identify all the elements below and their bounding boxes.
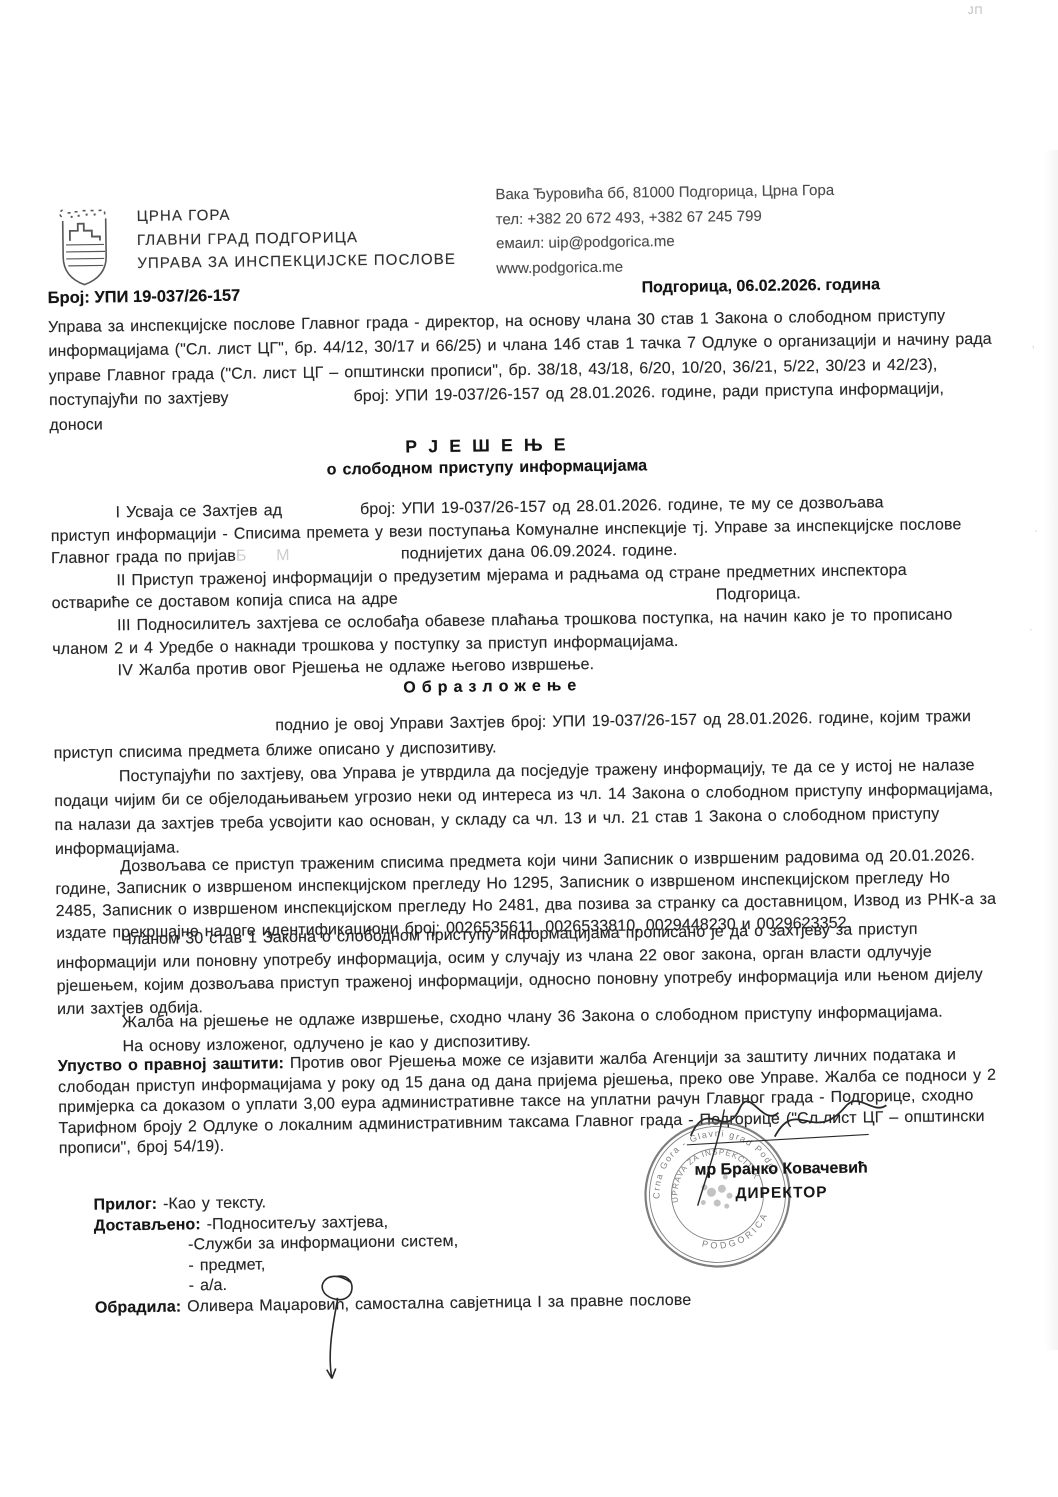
text-segment: прописи", број 54/19).	[59, 1138, 225, 1157]
text-segment: поднијетих дана 06.09.2024. године.	[401, 542, 678, 563]
svg-text:PODGORICA: PODGORICA	[696, 1207, 777, 1258]
text-segment: чланом 2 и 4 Уредбе о накнади трошкова у…	[52, 633, 678, 658]
text-segment: Достављено:	[94, 1216, 201, 1234]
text-segment: -Као у тексту.	[157, 1194, 266, 1212]
text-segment: -Служби за информациони систем,	[188, 1233, 458, 1254]
text-segment: поступајући по захтјеву	[49, 390, 229, 409]
text-segment: Р Ј Е Ш Е Њ Е	[405, 434, 568, 456]
text-line: -Служби за информациони систем,	[188, 1232, 458, 1256]
redacted-gap	[398, 600, 716, 604]
text-segment: поднио је овој Управи Захтјев број: УПИ …	[275, 708, 971, 734]
text-segment: број: УПИ 19-037/26-157 од 28.01.2026. г…	[353, 381, 944, 406]
text-line: доноси	[49, 415, 103, 436]
text-segment: - а/а.	[189, 1277, 228, 1295]
text-segment: оствариће се доставом копија списа на ад…	[52, 591, 398, 613]
text-segment: број: УПИ 19-037/26-157 од 28.01.2026. г…	[360, 494, 884, 518]
document-content: ЦРНА ГОРА ГЛАВНИ ГРАД ПОДГОРИЦА УПРАВА З…	[0, 0, 1058, 1497]
signatory-name: мр Бранко Ковачевић	[641, 1159, 921, 1181]
redacted-gap	[229, 401, 354, 403]
text-segment: Прилог:	[93, 1196, 157, 1214]
redacted-ghost-text: Б М	[236, 545, 401, 567]
text-segment: о слободном приступу информацијама	[327, 457, 648, 478]
text-segment: Главног града по пријав	[51, 548, 236, 567]
redacted-gap	[53, 730, 275, 733]
text-segment: -Подноситељу захтјева,	[201, 1213, 389, 1232]
text-segment: Жалба на рјешење не одлаже извршење, схо…	[122, 1004, 943, 1032]
text-segment: Упуство о правној заштити:	[58, 1055, 284, 1075]
scanned-document-page: ЈП ʼ ˏ · ЦРНА ГОРА ГЛАВНИ ГРАД ПОДГОРИЦА…	[0, 0, 1058, 1497]
text-line: - предмет,	[188, 1255, 265, 1276]
text-line: Прилог: -Као у тексту.	[93, 1193, 266, 1215]
text-segment: О б р а з л о ж е њ е	[403, 677, 576, 696]
text-line: поднио је овој Управи Захтјев број: УПИ …	[53, 707, 971, 739]
redacted-gap	[282, 514, 360, 515]
text-segment: Подгорица.	[716, 586, 801, 604]
text-segment: - предмет,	[188, 1256, 265, 1274]
signatory-title: ДИРЕКТОР	[641, 1183, 921, 1205]
text-segment: приступ списима предмета ближе описано у…	[54, 739, 497, 762]
handwritten-paraph	[304, 1264, 380, 1391]
text-line: Обрадила: Оливера Маџаровић, самостална …	[95, 1291, 692, 1319]
text-segment: доноси	[49, 416, 103, 434]
stamp-bottom-text: PODGORICA	[696, 1207, 777, 1258]
text-segment: I Усваја се Захтјев ад	[115, 502, 282, 521]
text-segment: Обрадила:	[95, 1298, 182, 1316]
text-segment: Оливера Маџаровић, самостална савјетница…	[181, 1292, 691, 1316]
text-line: - а/а.	[189, 1276, 228, 1297]
text-line: приступ списима предмета ближе описано у…	[54, 738, 497, 764]
text-line: Жалба на рјешење не одлаже извршење, схо…	[122, 1003, 943, 1034]
text-line: прописи", број 54/19).	[59, 1137, 225, 1159]
text-segment: информацијама.	[55, 839, 180, 858]
